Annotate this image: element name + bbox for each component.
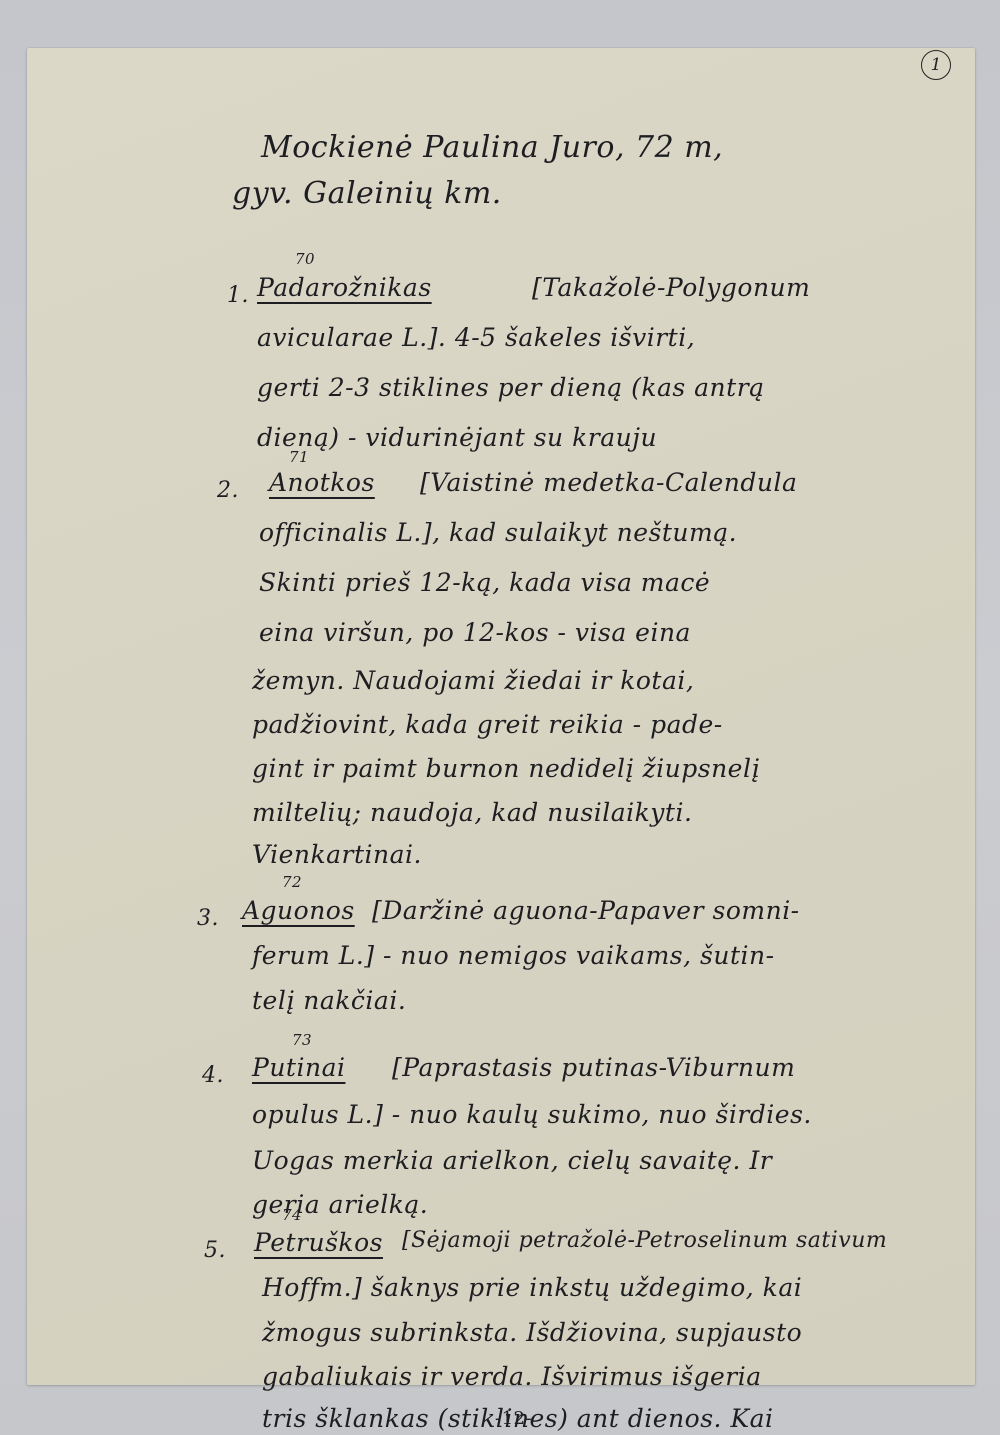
footer-page-number: -12- [495, 1408, 532, 1429]
entry-number: 5. [204, 1238, 226, 1263]
entry-line: Hoffm.] šaknys prie inkstų uždegimo, kai [262, 1273, 802, 1302]
entry-line: [Sėjamoji petražolė-Petroselinum sativum [402, 1228, 887, 1253]
entry-line: opulus L.] - nuo kaulų sukimo, nuo širdi… [252, 1100, 812, 1129]
footnote-number: 70 [295, 250, 315, 268]
entry-line: [Vaistinė medetka-Calendula [420, 468, 797, 497]
entry-number: 4. [202, 1063, 224, 1088]
entry-line: gerti 2-3 stiklines per dieną (kas antrą [257, 373, 765, 402]
header-line-2: gyv. Galeinių km. [232, 176, 502, 211]
entry-line: žemyn. Naudojami žiedai ir kotai, [252, 666, 694, 695]
entry-line: [Takažolė-Polygonum [532, 273, 810, 302]
handwritten-page: 1 Mockienė Paulina Juro, 72 m, gyv. Gale… [27, 48, 975, 1385]
entry-line: [Paprastasis putinas-Viburnum [392, 1053, 795, 1082]
entry-number: 1. [227, 283, 249, 308]
footnote-number: 72 [282, 873, 302, 891]
entry-line: telį nakčiai. [252, 986, 406, 1015]
entry-line: gint ir paimt burnon nedidelį žiupsnelį [252, 754, 760, 783]
entry-line: dieną) - vidurinėjant su krauju [257, 423, 657, 452]
page-circle-number: 1 [921, 50, 951, 80]
entry-line: padžiovint, kada greit reikia - pade- [252, 710, 723, 739]
entry-term: Padarožnikas [257, 273, 432, 302]
entry-term: Anotkos [269, 468, 375, 497]
entry-term: Putinai [252, 1053, 345, 1082]
entry-line: gabaliukais ir verda. Išvirimus išgeria [262, 1362, 762, 1391]
entry-line: žmogus subrinksta. Išdžiovina, supjausto [262, 1318, 802, 1347]
entry-term: Aguonos [242, 896, 355, 925]
entry-number: 3. [197, 906, 219, 931]
page-circle-number-text: 1 [931, 55, 942, 75]
entry-line: Uogas merkia arielkon, cielų savaitę. Ir [252, 1146, 772, 1175]
entry-number: 2. [217, 478, 239, 503]
entry-line: [Daržinė aguona-Papaver somni- [372, 896, 800, 925]
entry-term: Petruškos [254, 1228, 383, 1257]
entry-line: miltelių; naudoja, kad nusilaikyti. [252, 798, 692, 827]
entry-line: ferum L.] - nuo nemigos vaikams, šutin- [252, 941, 775, 970]
footnote-number: 71 [289, 448, 309, 466]
entry-line: Vienkartinai. [252, 840, 422, 869]
entry-line: officinalis L.], kad sulaikyt neštumą. [259, 518, 737, 547]
footnote-number: 74 [282, 1206, 302, 1224]
entry-line: eina viršun, po 12-kos - visa eina [259, 618, 691, 647]
entry-line: geria arielką. [252, 1190, 428, 1219]
entry-line: Skinti prieš 12-ką, kada visa macė [259, 568, 710, 597]
entry-line: avicularae L.]. 4-5 šakeles išvirti, [257, 323, 695, 352]
header-line-1: Mockienė Paulina Juro, 72 m, [261, 130, 723, 165]
footnote-number: 73 [292, 1031, 312, 1049]
